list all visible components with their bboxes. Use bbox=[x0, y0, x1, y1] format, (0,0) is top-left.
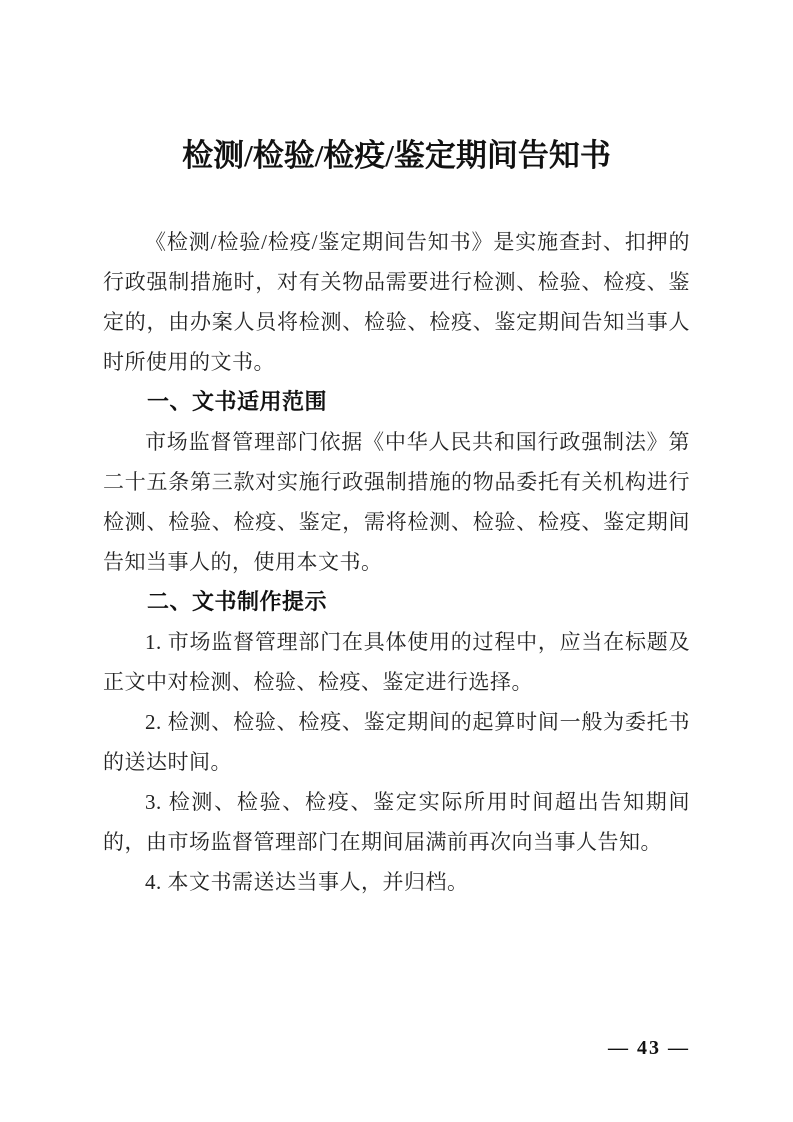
page-number: — 43 — bbox=[608, 1036, 690, 1060]
tip-item-3: 3. 检测、检验、检疫、鉴定实际所用时间超出告知期间的，由市场监督管理部门在期间… bbox=[103, 782, 690, 862]
tip-item-2: 2. 检测、检验、检疫、鉴定期间的起算时间一般为委托书的送达时间。 bbox=[103, 702, 690, 782]
section-heading-scope: 一、文书适用范围 bbox=[103, 382, 690, 422]
document-page: 检测/检验/检疫/鉴定期间告知书 《检测/检验/检疫/鉴定期间告知书》是实施查封… bbox=[0, 0, 793, 1122]
tip-item-1: 1. 市场监督管理部门在具体使用的过程中，应当在标题及正文中对检测、检验、检疫、… bbox=[103, 622, 690, 702]
intro-paragraph: 《检测/检验/检疫/鉴定期间告知书》是实施查封、扣押的行政强制措施时，对有关物品… bbox=[103, 222, 690, 382]
section-heading-tips: 二、文书制作提示 bbox=[103, 582, 690, 622]
document-title: 检测/检验/检疫/鉴定期间告知书 bbox=[103, 136, 690, 176]
document-body: 《检测/检验/检疫/鉴定期间告知书》是实施查封、扣押的行政强制措施时，对有关物品… bbox=[103, 222, 690, 902]
tip-item-4: 4. 本文书需送达当事人，并归档。 bbox=[103, 862, 690, 902]
scope-paragraph: 市场监督管理部门依据《中华人民共和国行政强制法》第二十五条第三款对实施行政强制措… bbox=[103, 422, 690, 582]
document-content: 检测/检验/检疫/鉴定期间告知书 《检测/检验/检疫/鉴定期间告知书》是实施查封… bbox=[103, 0, 690, 902]
